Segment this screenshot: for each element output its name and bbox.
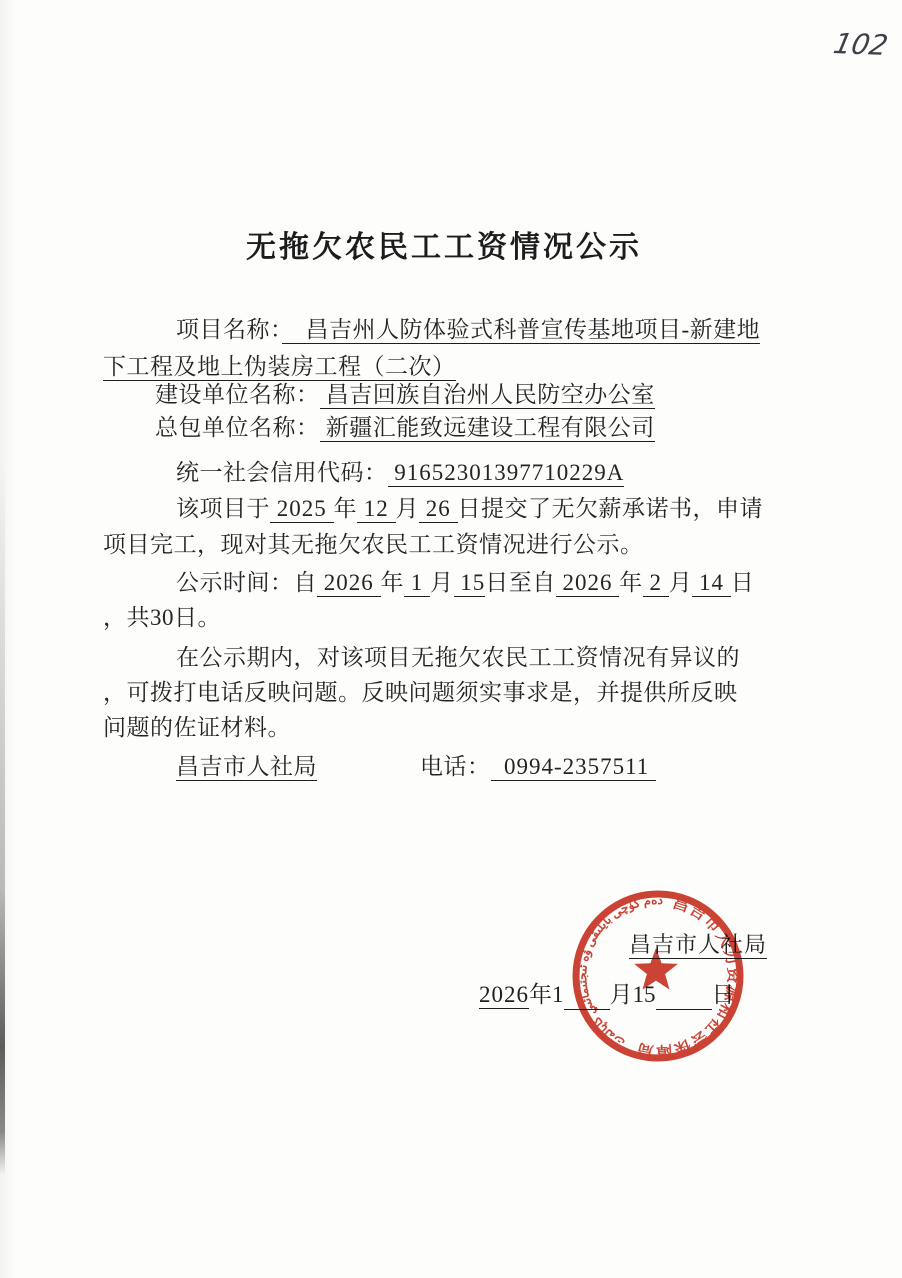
line-project-name-cont: 下工程及地上伪装房工程（二次） [103,352,456,382]
text-segment: 月 [396,496,420,521]
value-end-day: 14 [692,570,731,597]
document-title: 无拖欠农民工工资情况公示 [0,222,895,266]
scanned-document-page: 102 无拖欠农民工工资情况公示 项目名称： 昌吉州人防体验式科普宣传基地项目-… [0,0,902,1278]
text-segment: ，共30日。 [103,605,221,630]
text-segment: 月 [669,570,693,595]
text-segment: 日提交了无欠薪承诺书，申请 [458,496,764,521]
value-submit-day: 26 [419,496,458,523]
line-objection-3: 问题的佐证材料。 [103,713,291,743]
signature-day: 日 [712,982,735,1007]
text-segment: 日至自 [485,570,556,595]
line-credit-code: 统一社会信用代码： 91652301397710229A [176,458,624,488]
text-segment: 项目完工，现对其无拖欠农民工工资情况进行公示。 [103,532,644,557]
value-end-month: 2 [643,570,669,597]
value-submit-month: 12 [357,496,396,523]
text-segment: 该项目于 [176,496,270,521]
signature-month: 月15 [610,982,656,1007]
line-publicity-period: 公示时间：自 2026 年 1 月 15日至自 2026 年 2 月 14 日 [176,568,754,598]
handwritten-page-number: 102 [831,27,891,62]
value-start-month: 1 [404,570,430,597]
label-phone: 电话： [420,754,491,779]
line-completion: 项目完工，现对其无拖欠农民工工资情况进行公示。 [103,530,644,560]
text-segment: 年 [381,570,405,595]
signature-agency: 昌吉市人社局 [629,928,767,959]
line-contact: 昌吉市人社局电话： 0994-2357511 [176,752,656,782]
text-segment: 月 [430,570,454,595]
value-contractor-unit: 新疆汇能致远建设工程有限公司 [320,415,655,442]
value-bureau-name: 昌吉市人社局 [176,754,317,781]
signature-agency-text: 昌吉市人社局 [629,932,767,959]
text-segment: 问题的佐证材料。 [103,715,291,740]
line-duration: ，共30日。 [103,603,221,633]
value-end-year: 2026 [556,570,620,597]
label-credit-code: 统一社会信用代码： [176,460,388,485]
value-project-name: 昌吉州人防体验式科普宣传基地项目-新建地 [282,317,760,344]
signature-year: 2026 [479,982,529,1009]
line-owner-unit: 建设单位名称： 昌吉回族自治州人民防空办公室 [155,380,655,410]
line-objection-2: ，可拨打电话反映问题。反映问题须实事求是，并提供所反映 [103,678,738,708]
text-segment: 在公示期内，对该项目无拖欠农民工工资情况有异议的 [176,645,740,670]
signature-year-suffix: 年1 [529,982,564,1007]
text-segment: 公示时间：自 [176,570,317,595]
label-owner-unit: 建设单位名称： [155,382,320,407]
line-objection-1: 在公示期内，对该项目无拖欠农民工工资情况有异议的 [176,643,740,673]
text-segment: 年 [334,496,358,521]
label-project-name: 项目名称： [176,317,282,342]
label-contractor-unit: 总包单位名称： [155,415,320,440]
line-submission: 该项目于 2025 年 12 月 26 日提交了无欠薪承诺书，申请 [176,494,763,524]
text-segment: 日 [731,570,755,595]
value-credit-code: 91652301397710229A [388,460,625,487]
seal-ring-text-uyghur: ئادەم كۈچى بايلىقى ۋە ئىجتىمائىي كاپالەت [570,888,663,1050]
value-submit-year: 2025 [270,496,334,523]
line-project-name: 项目名称： 昌吉州人防体验式科普宣传基地项目-新建地 [176,315,760,345]
text-segment: ，可拨打电话反映问题。反映问题须实事求是，并提供所反映 [103,680,738,705]
signature-date: 2026年1 月15 日 [479,976,735,1010]
value-owner-unit: 昌吉回族自治州人民防空办公室 [320,382,655,409]
signature-blank-1 [564,976,610,1010]
text-segment: 年 [619,570,643,595]
value-phone-number: 0994-2357511 [491,754,657,781]
line-contractor-unit: 总包单位名称： 新疆汇能致远建设工程有限公司 [155,413,655,443]
signature-blank-2 [656,976,712,1010]
scan-edge-artifact [0,460,5,1175]
value-project-name-cont: 下工程及地上伪装房工程（二次） [103,354,456,381]
scan-edge-shading [0,0,16,1278]
value-start-day: 15 [454,570,486,597]
value-start-year: 2026 [317,570,381,597]
